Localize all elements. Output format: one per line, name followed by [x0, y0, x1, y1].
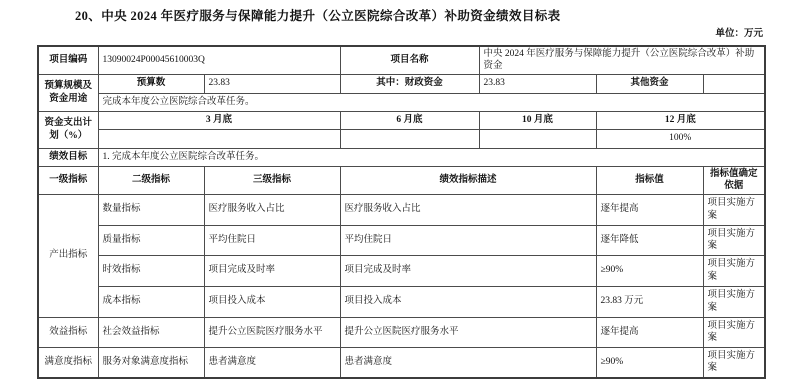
page-title: 20、中央 2024 年医疗服务与保障能力提升（公立医院综合改革）补助资金绩效目… — [75, 6, 561, 24]
description-cell: 项目投入成本 — [340, 286, 596, 317]
performance-goal-row: 绩效目标 1. 完成本年度公立医院综合改革任务。 — [38, 148, 765, 166]
project-code-value: 13090024P00045610003Q — [98, 46, 340, 74]
spending-plan-header-row: 资金支出计划（%） 3 月底 6 月底 10 月底 12 月底 — [38, 111, 765, 129]
value-cell: 逐年降低 — [596, 225, 703, 255]
value-cell: ≥90% — [596, 255, 703, 286]
header-value: 指标值 — [596, 166, 703, 194]
basis-cell: 项目实施方案 — [703, 225, 765, 255]
fund-usage-value: 完成本年度公立医院综合改革任务。 — [98, 93, 765, 111]
value-cell: 逐年提高 — [596, 317, 703, 347]
indicator-row: 满意度指标 服务对象满意度指标 患者满意度 患者满意度 ≥90% 项目实施方案 — [38, 347, 765, 378]
description-cell: 平均住院日 — [340, 225, 596, 255]
indicator-row: 效益指标 社会效益指标 提升公立医院医疗服务水平 提升公立医院医疗服务水平 逐年… — [38, 317, 765, 347]
unit-label: 单位：万元 — [715, 25, 763, 39]
project-row: 项目编码 13090024P00045610003Q 项目名称 中央 2024 … — [38, 46, 765, 74]
level2-cell: 时效指标 — [98, 255, 204, 286]
level1-cell-benefit: 效益指标 — [38, 317, 98, 347]
description-cell: 患者满意度 — [340, 347, 596, 378]
spending-col-october: 10 月底 — [479, 111, 596, 129]
usage-row: 完成本年度公立医院综合改革任务。 — [38, 93, 765, 111]
spending-value-march — [98, 129, 340, 148]
spending-plan-value-row: 100% — [38, 129, 765, 148]
project-name-label: 项目名称 — [340, 46, 479, 74]
level3-cell: 项目投入成本 — [204, 286, 340, 317]
header-level2: 二级指标 — [98, 166, 204, 194]
indicator-header-row: 一级指标 二级指标 三级指标 绩效指标描述 指标值 指标值确定依据 — [38, 166, 765, 194]
basis-cell: 项目实施方案 — [703, 317, 765, 347]
level2-cell: 服务对象满意度指标 — [98, 347, 204, 378]
level2-cell: 质量指标 — [98, 225, 204, 255]
indicator-row: 产出指标 数量指标 医疗服务收入占比 医疗服务收入占比 逐年提高 项目实施方案 — [38, 194, 765, 225]
fiscal-funds-value: 23.83 — [479, 74, 596, 93]
level2-cell: 数量指标 — [98, 194, 204, 225]
description-cell: 项目完成及时率 — [340, 255, 596, 286]
spending-col-december: 12 月底 — [596, 111, 765, 129]
spending-plan-label: 资金支出计划（%） — [38, 111, 98, 148]
budget-section-label: 预算规模及资金用途 — [38, 74, 98, 111]
performance-goal-value: 1. 完成本年度公立医院综合改革任务。 — [98, 148, 765, 166]
basis-cell: 项目实施方案 — [703, 286, 765, 317]
description-cell: 医疗服务收入占比 — [340, 194, 596, 225]
level3-cell: 医疗服务收入占比 — [204, 194, 340, 225]
level3-cell: 提升公立医院医疗服务水平 — [204, 317, 340, 347]
other-funds-value — [703, 74, 765, 93]
header-level1: 一级指标 — [38, 166, 98, 194]
basis-cell: 项目实施方案 — [703, 255, 765, 286]
spending-value-june — [340, 129, 479, 148]
budget-number-value: 23.83 — [204, 74, 340, 93]
level1-cell-satisfaction: 满意度指标 — [38, 347, 98, 378]
value-cell: 23.83 万元 — [596, 286, 703, 317]
level2-cell: 成本指标 — [98, 286, 204, 317]
performance-goal-label: 绩效目标 — [38, 148, 98, 166]
spending-value-december: 100% — [596, 129, 765, 148]
level3-cell: 项目完成及时率 — [204, 255, 340, 286]
level3-cell: 平均住院日 — [204, 225, 340, 255]
project-code-label: 项目编码 — [38, 46, 98, 74]
performance-target-table: 项目编码 13090024P00045610003Q 项目名称 中央 2024 … — [37, 45, 766, 379]
level3-cell: 患者满意度 — [204, 347, 340, 378]
level2-cell: 社会效益指标 — [98, 317, 204, 347]
other-funds-label: 其他资金 — [596, 74, 703, 93]
spending-value-october — [479, 129, 596, 148]
description-cell: 提升公立医院医疗服务水平 — [340, 317, 596, 347]
indicator-row: 时效指标 项目完成及时率 项目完成及时率 ≥90% 项目实施方案 — [38, 255, 765, 286]
header-level3: 三级指标 — [204, 166, 340, 194]
fiscal-funds-label: 其中：财政资金 — [340, 74, 479, 93]
spending-col-june: 6 月底 — [340, 111, 479, 129]
header-description: 绩效指标描述 — [340, 166, 596, 194]
indicator-row: 质量指标 平均住院日 平均住院日 逐年降低 项目实施方案 — [38, 225, 765, 255]
budget-number-label: 预算数 — [98, 74, 204, 93]
value-cell: 逐年提高 — [596, 194, 703, 225]
level1-cell-output: 产出指标 — [38, 194, 98, 317]
header-basis: 指标值确定依据 — [703, 166, 765, 194]
value-cell: ≥90% — [596, 347, 703, 378]
basis-cell: 项目实施方案 — [703, 347, 765, 378]
project-name-value: 中央 2024 年医疗服务与保障能力提升（公立医院综合改革）补助资金 — [479, 46, 765, 74]
spending-col-march: 3 月底 — [98, 111, 340, 129]
basis-cell: 项目实施方案 — [703, 194, 765, 225]
budget-row: 预算规模及资金用途 预算数 23.83 其中：财政资金 23.83 其他资金 — [38, 74, 765, 93]
indicator-row: 成本指标 项目投入成本 项目投入成本 23.83 万元 项目实施方案 — [38, 286, 765, 317]
